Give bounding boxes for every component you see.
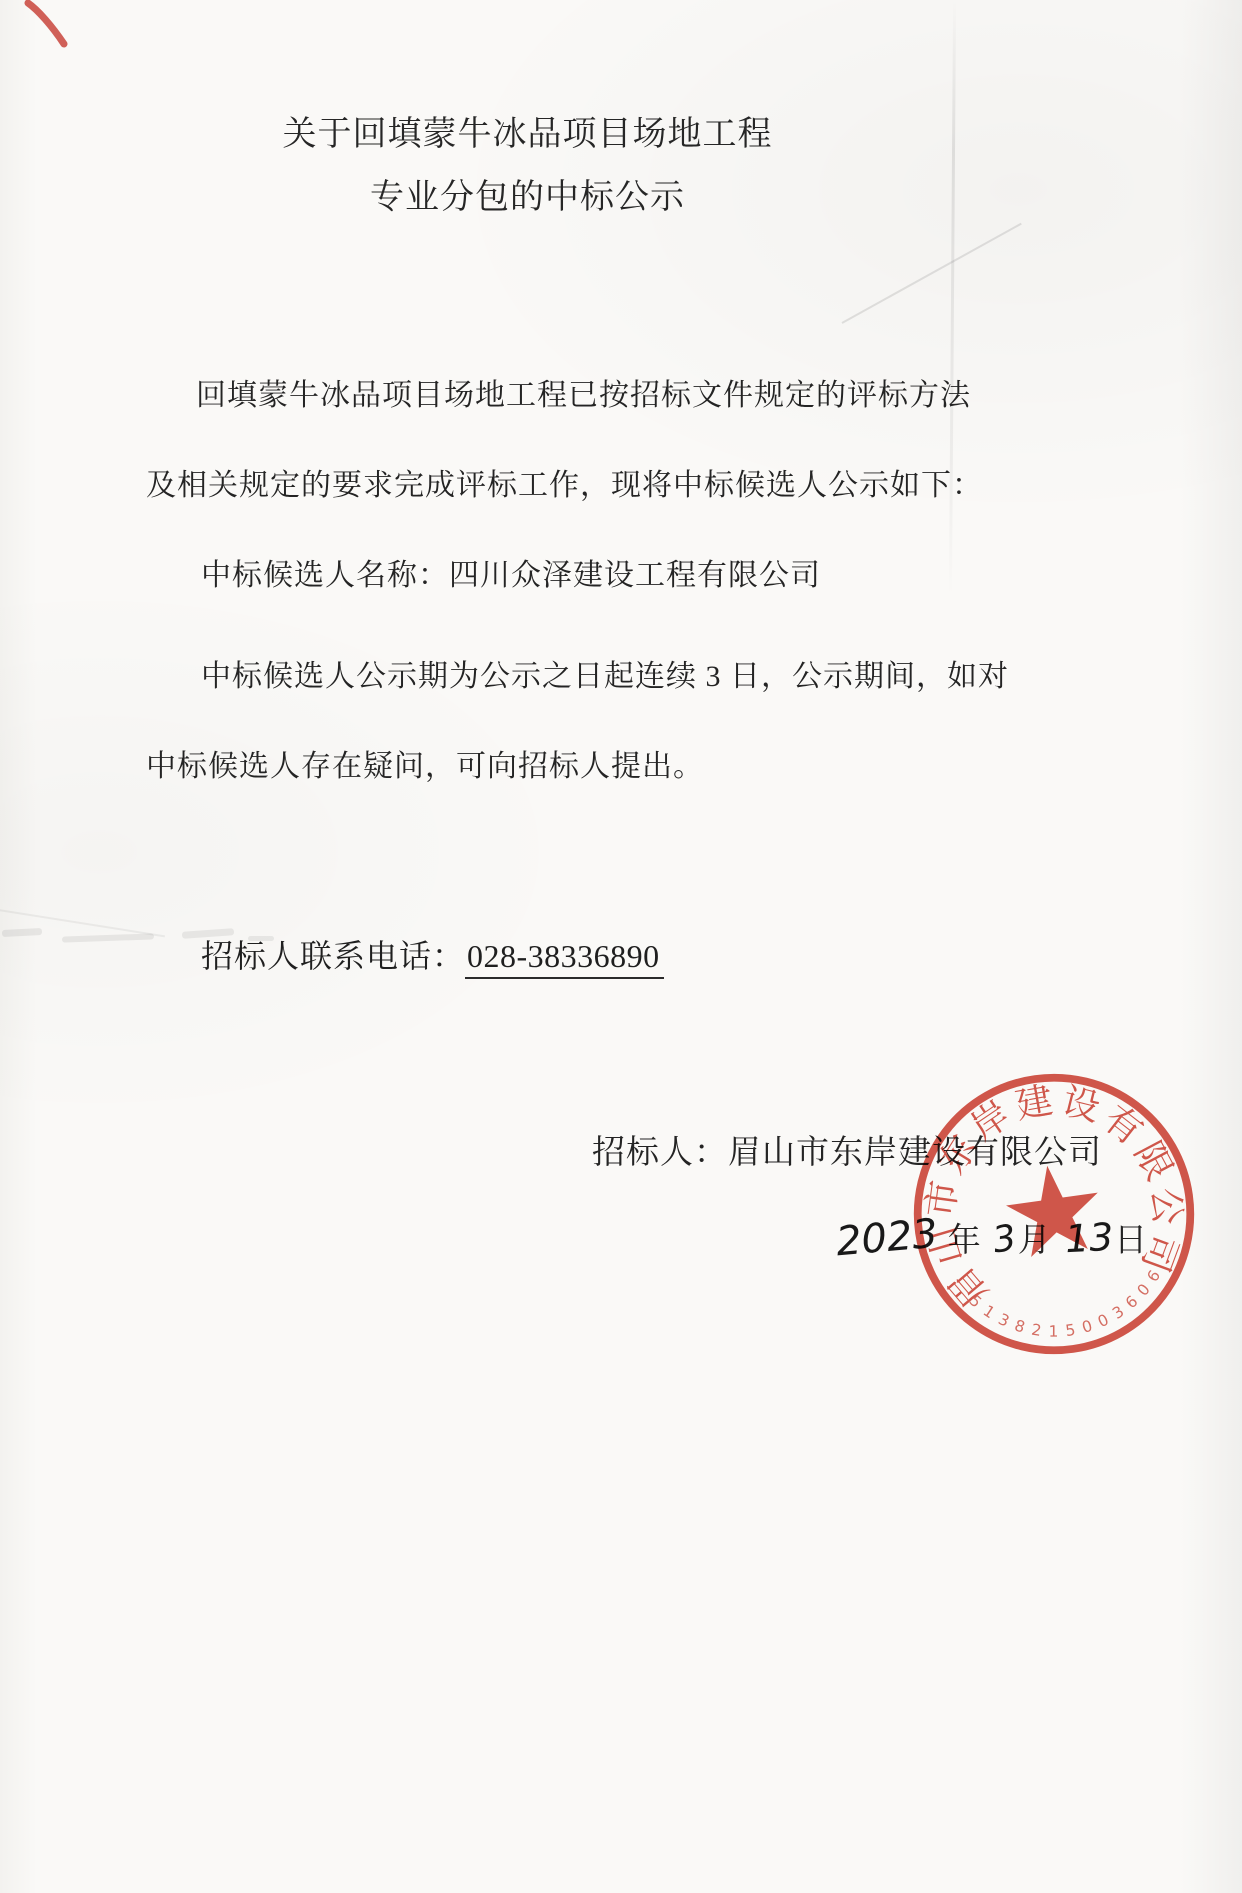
company-seal-stamp: 眉山市东岸建设有限公司 5138215003606	[889, 1049, 1219, 1379]
tenderer-label: 招标人：	[592, 1135, 728, 1171]
red-pen-mark	[18, 0, 82, 50]
contact-phone-label: 招标人联系电话：	[201, 938, 465, 974]
paragraph2-winning-candidate: 中标候选人名称：四川众泽建设工程有限公司	[201, 550, 821, 594]
paragraph1-line2: 及相关规定的要求完成评标工作，现将中标候选人公示如下：	[146, 460, 983, 504]
paper-crease-diagonal	[842, 223, 1022, 324]
seal-star-icon	[1001, 1159, 1105, 1259]
scanned-document-page: 关于回填蒙牛冰品项目场地工程 专业分包的中标公示 回填蒙牛冰品项目场地工程已按招…	[0, 0, 1242, 1893]
document-title-line2: 专业分包的中标公示	[145, 169, 910, 218]
scan-smudge	[62, 933, 154, 942]
scan-smudge	[2, 928, 42, 937]
paper-crease-vertical	[949, 0, 956, 595]
paragraph3-line2: 中标候选人存在疑问，可向招标人提出。	[146, 741, 704, 785]
contact-phone-number: 028-38336890	[465, 938, 664, 979]
contact-phone-line: 招标人联系电话：028-38336890	[201, 931, 664, 977]
paragraph1-line1: 回填蒙牛冰品项目场地工程已按招标文件规定的评标方法	[196, 370, 971, 414]
paragraph3-line1: 中标候选人公示期为公示之日起连续 3 日，公示期间，如对	[201, 651, 1009, 695]
document-title-line1: 关于回填蒙牛冰品项目场地工程	[145, 106, 910, 155]
